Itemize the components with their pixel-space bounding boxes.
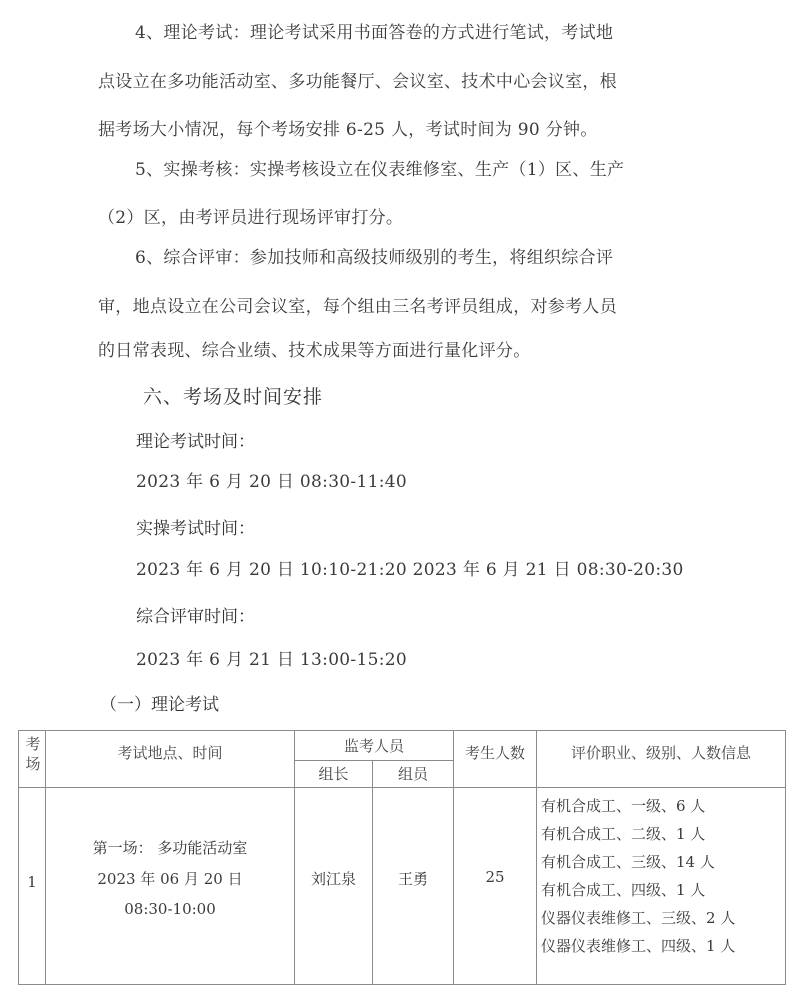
header-candidates: 考生人数 (454, 742, 536, 763)
header-info: 评价职业、级别、人数信息 (537, 742, 785, 763)
cell-member: 王勇 (373, 868, 453, 889)
header-location-time: 考试地点、时间 (46, 742, 294, 763)
paragraph-5-line-2: （2）区，由考评员进行现场评审打分。 (98, 203, 403, 228)
info-line: 有机合成工、四级、1 人 (541, 879, 705, 900)
theory-time-label: 理论考试时间： (136, 427, 255, 452)
theory-exam-table: 考 场 考试地点、时间 监考人员 组长 组员 考生人数 评价职业、级别、人数信息… (18, 730, 786, 985)
paragraph-6-line-3: 的日常表现、综合业绩、技术成果等方面进行量化评分。 (98, 336, 531, 361)
paragraph-5-line-1: 5、实操考核：实操考核设立在仪表维修室、生产（1）区、生产 (135, 155, 624, 180)
info-line: 有机合成工、一级、6 人 (541, 795, 705, 816)
paragraph-4-line-3: 据考场大小情况，每个考场安排 6-25 人，考试时间为 90 分钟。 (98, 115, 598, 140)
practical-time-label: 实操考试时间： (136, 514, 255, 539)
cell-candidates: 25 (454, 868, 536, 886)
info-line: 仪器仪表维修工、三级、2 人 (541, 907, 735, 928)
header-room-top: 考 (23, 733, 43, 754)
header-room-bottom: 场 (23, 753, 43, 774)
paragraph-6-line-2: 审，地点设立在公司会议室，每个组由三名考评员组成，对参考人员 (98, 292, 617, 317)
paragraph-6-line-1: 6、综合评审：参加技师和高级技师级别的考生，将组织综合评 (135, 243, 613, 268)
cell-session: 第一场： 多功能活动室 (46, 837, 294, 858)
subsection-title: （一）理论考试 (100, 690, 219, 715)
practical-time-value: 2023 年 6 月 20 日 10:10-21:20 2023 年 6 月 2… (136, 555, 684, 580)
cell-room-number: 1 (19, 873, 45, 891)
col-divider (536, 731, 537, 984)
col-divider (453, 731, 454, 984)
section-six-title: 六、考场及时间安排 (143, 382, 323, 409)
header-proctors: 监考人员 (295, 735, 453, 756)
info-line: 有机合成工、二级、1 人 (541, 823, 705, 844)
header-leader: 组长 (295, 763, 372, 784)
paragraph-4-line-1: 4、理论考试：理论考试采用书面答卷的方式进行笔试，考试地 (135, 18, 613, 43)
header-divider (19, 787, 785, 788)
header-member: 组员 (373, 763, 453, 784)
review-time-value: 2023 年 6 月 21 日 13:00-15:20 (136, 645, 407, 670)
cell-time: 08:30-10:00 (46, 900, 294, 918)
row-divider (294, 760, 453, 761)
cell-date: 2023 年 06 月 20 日 (46, 868, 294, 889)
paragraph-4-line-2: 点设立在多功能活动室、多功能餐厅、会议室、技术中心会议室，根 (98, 67, 617, 92)
info-line: 有机合成工、三级、14 人 (541, 851, 715, 872)
review-time-label: 综合评审时间： (136, 602, 255, 627)
cell-leader: 刘江泉 (295, 868, 372, 889)
theory-time-value: 2023 年 6 月 20 日 08:30-11:40 (136, 467, 407, 492)
info-line: 仪器仪表维修工、四级、1 人 (541, 935, 735, 956)
